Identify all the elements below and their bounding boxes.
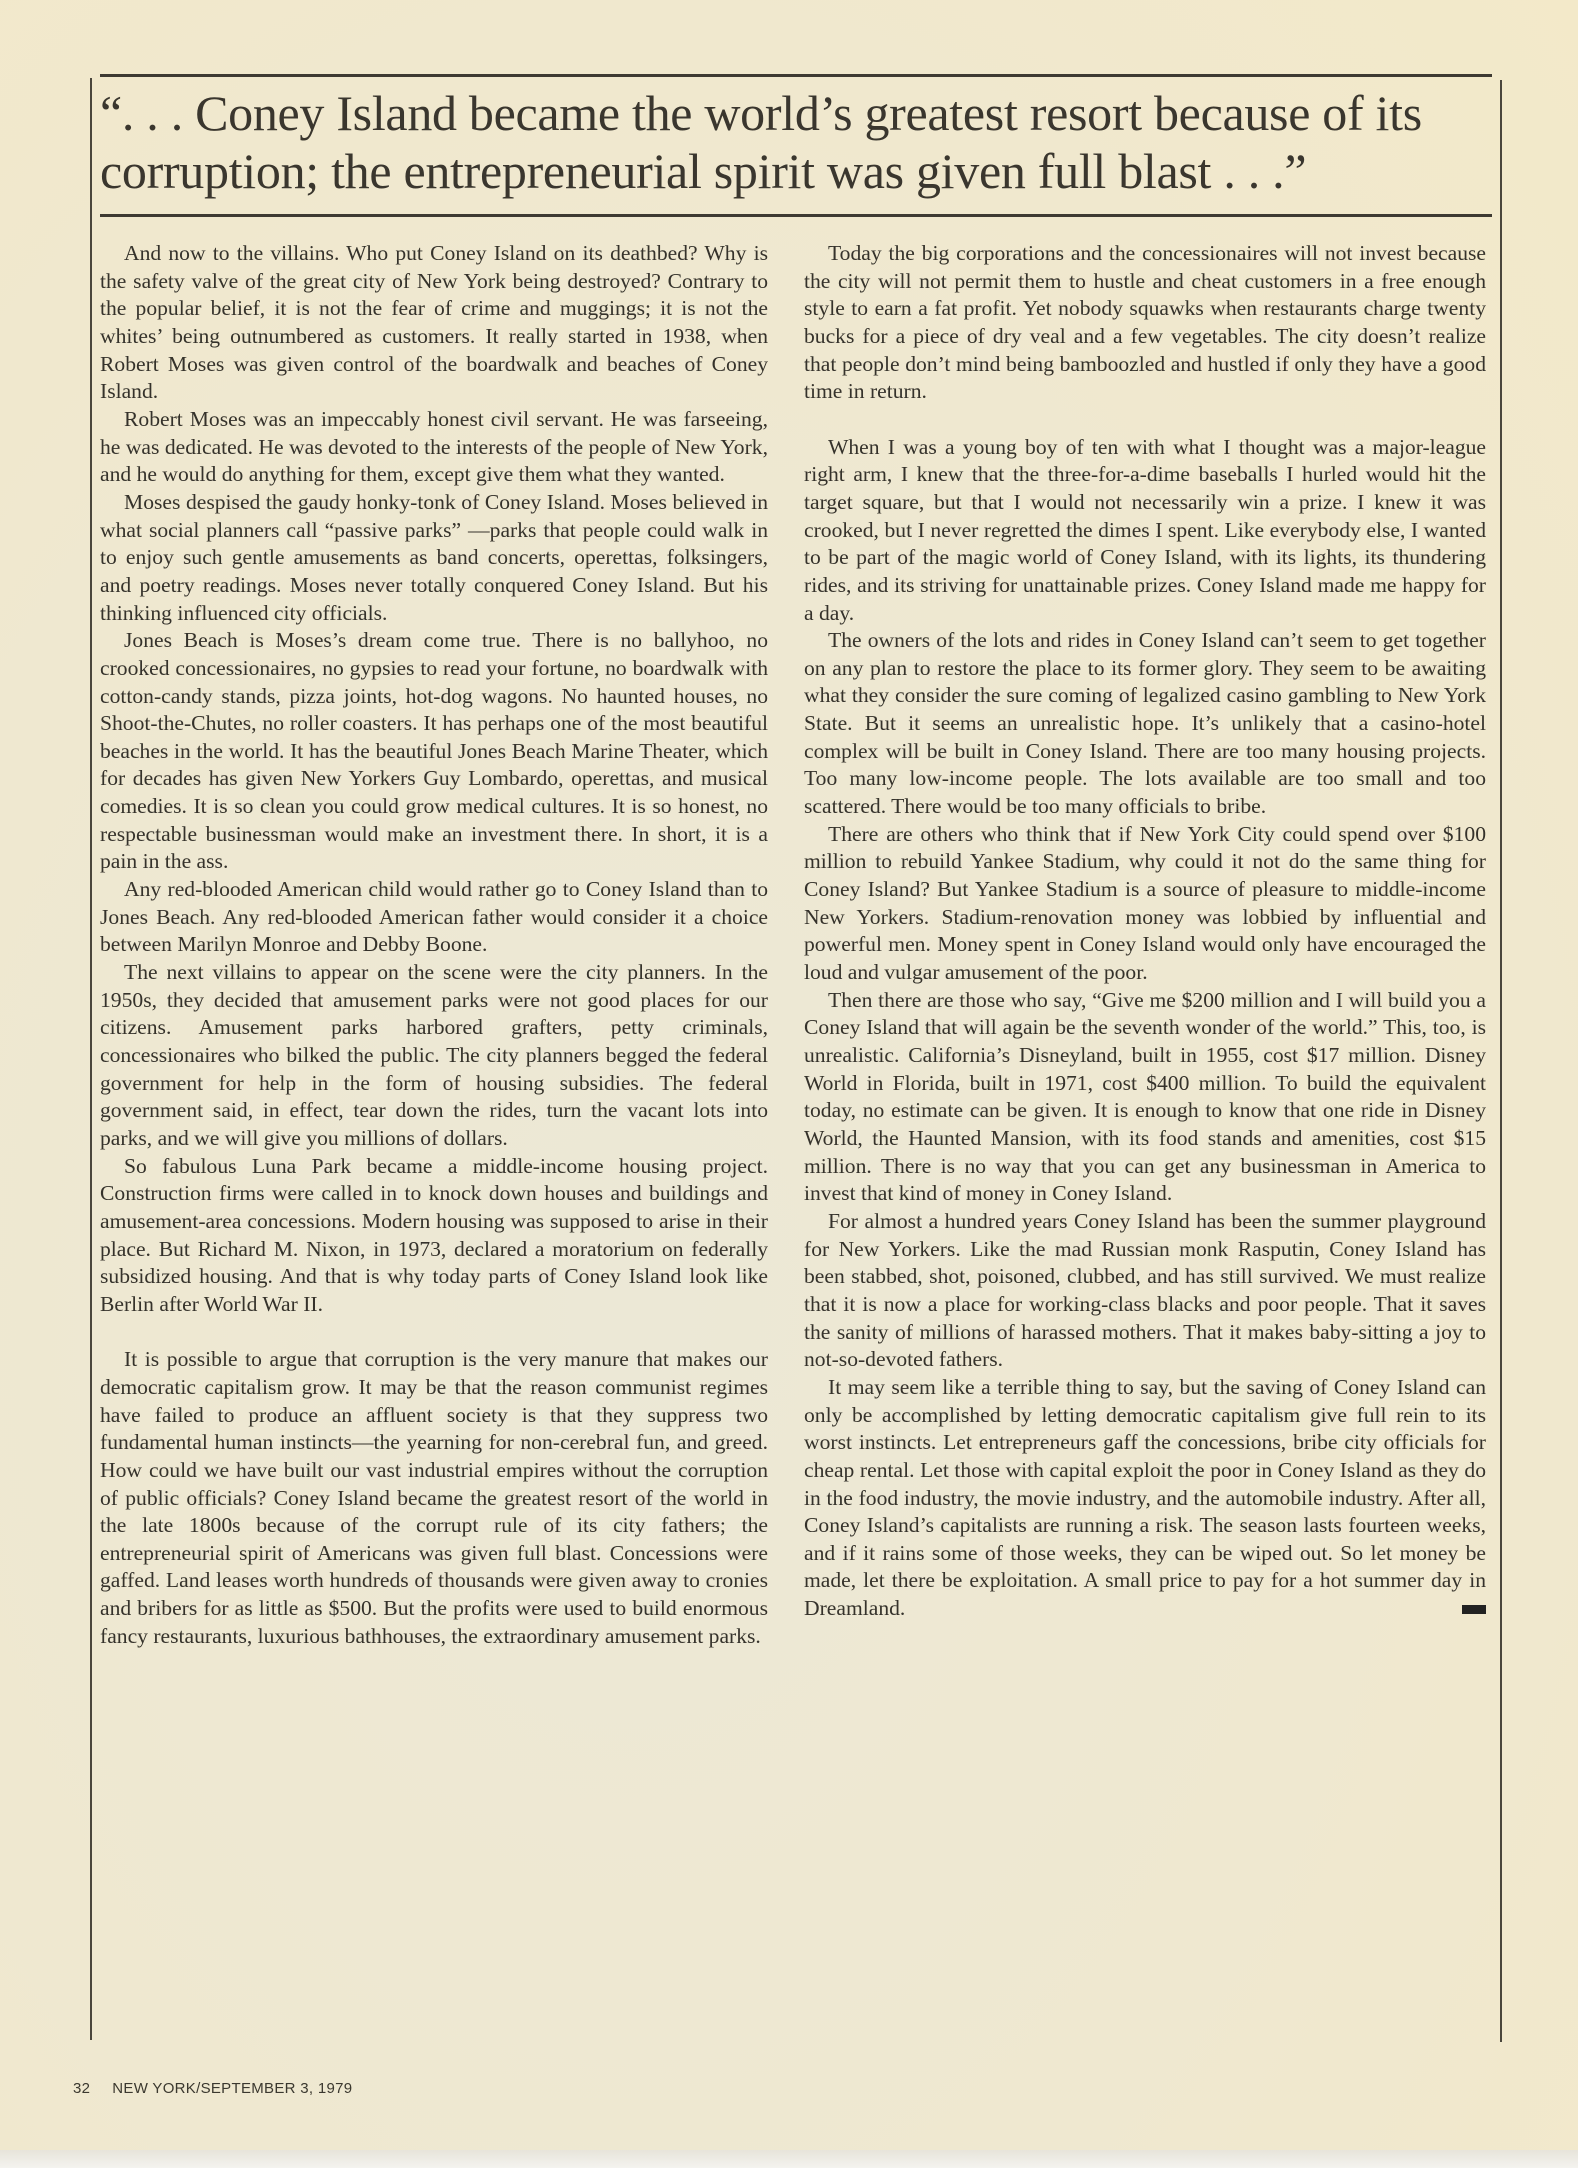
headline-line-2: corruption; the entrepreneurial spirit w… (100, 142, 1495, 200)
paragraph: When I was a young boy of ten with what … (804, 434, 1486, 628)
right-frame-rule (1500, 80, 1502, 2042)
paragraph: Today the big corporations and the conce… (804, 240, 1486, 406)
end-of-article-mark-icon (1462, 1605, 1486, 1614)
paragraph: It is possible to argue that corruption … (100, 1346, 768, 1650)
paragraph: Moses despised the gaudy honky-tonk of C… (100, 489, 768, 627)
article-column-right: Today the big corporations and the conce… (804, 240, 1486, 1623)
paragraph: For almost a hundred years Coney Island … (804, 1208, 1486, 1374)
scan-bottom-edge (0, 2150, 1578, 2168)
paragraph: Any red-blooded American child would rat… (100, 876, 768, 959)
page-number: 32 (73, 2080, 90, 2097)
publication-dateline: NEW YORK/SEPTEMBER 3, 1979 (112, 2080, 352, 2097)
headline-line-1: “. . . Coney Island became the world’s g… (100, 84, 1495, 142)
paragraph: So fabulous Luna Park became a middle-in… (100, 1153, 768, 1319)
paragraph: The owners of the lots and rides in Cone… (804, 627, 1486, 821)
headline-bottom-rule (100, 214, 1492, 217)
paragraph-last: It may seem like a terrible thing to say… (804, 1374, 1486, 1623)
paragraph: And now to the villains. Who put Coney I… (100, 240, 768, 406)
page-footer: 32NEW YORK/SEPTEMBER 3, 1979 (73, 2080, 352, 2097)
left-frame-rule (90, 78, 92, 2040)
paragraph: There are others who think that if New Y… (804, 821, 1486, 987)
pull-quote-headline: “. . . Coney Island became the world’s g… (100, 84, 1495, 200)
paragraph-text: It may seem like a terrible thing to say… (804, 1375, 1486, 1620)
paragraph: Then there are those who say, “Give me $… (804, 987, 1486, 1208)
paragraph: The next villains to appear on the scene… (100, 959, 768, 1153)
paragraph: Jones Beach is Moses’s dream come true. … (100, 627, 768, 876)
article-column-left: And now to the villains. Who put Coney I… (100, 240, 768, 1650)
headline-top-rule (100, 74, 1492, 77)
paragraph: Robert Moses was an impeccably honest ci… (100, 406, 768, 489)
